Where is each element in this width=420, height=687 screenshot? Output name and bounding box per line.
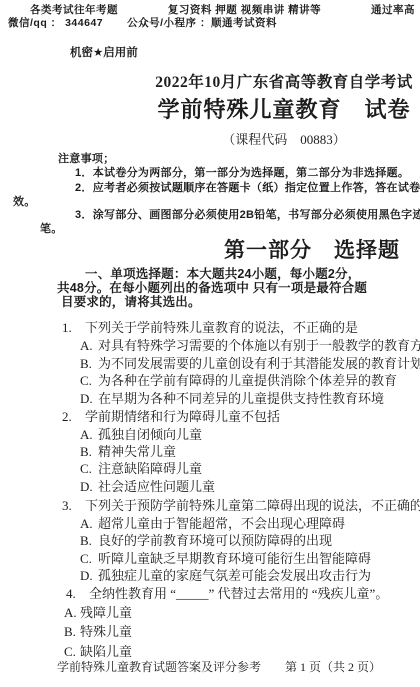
question-text: 学前期情绪和行为障碍儿童不包括 — [85, 409, 280, 424]
notice-item-3-line2: 笔。 — [40, 220, 63, 236]
option-label: D. — [80, 568, 98, 584]
question-3-option-b: B.良好的学前教育环境可以预防障碍的出现 — [80, 530, 332, 549]
option-text: 为不同发展需要的儿童创设有利于其潜能发展的教育计划 — [98, 356, 420, 371]
question-text: 下列关于预防学前特殊儿童第二障碍出现的说法，不正确的是 — [85, 498, 420, 513]
option-text: 残障儿童 — [80, 605, 132, 620]
course-code: （课程代码 00883） — [150, 129, 418, 148]
notice-item-2-line2: 效。 — [13, 193, 36, 209]
option-label: B. — [64, 624, 80, 640]
question-number: 1. — [62, 320, 85, 336]
question-3-option-d: D.孤独症儿童的家庭气氛差可能会发展出攻击行为 — [80, 565, 371, 584]
question-1-stem: 1.下列关于学前特殊儿童教育的说法，不正确的是 — [62, 317, 358, 336]
question-4-option-a: A.残障儿童 — [64, 602, 132, 621]
option-label: A. — [80, 338, 98, 354]
question-2-option-d: D.社会适应性问题儿童 — [80, 476, 215, 495]
question-1-option-d: D.在早期为各种不同差异的儿童提供支持性教育环境 — [80, 388, 384, 407]
question-3-stem: 3.下列关于预防学前特殊儿童第二障碍出现的说法，不正确的是 — [62, 495, 420, 514]
option-text: 孤独自闭倾向儿童 — [98, 427, 202, 442]
question-number: 2. — [62, 409, 85, 425]
page-footer: 学前特殊儿童教育试题答案及评分参考 第 1 页（共 2 页） — [57, 658, 381, 675]
option-label: B. — [80, 533, 98, 549]
promo-banner-segment: 通过率高 — [371, 2, 415, 17]
question-text: 全纳性教育用 “_____” 代替过去常用的 “残疾儿童”。 — [89, 586, 388, 601]
promo-contact-wechat: 微信/qq ： 344647 — [8, 15, 103, 30]
notice-item-2-line1: 2．应考者必须按试题顺序在答题卡（纸）指定位置上作答，答在试卷上无 — [75, 179, 420, 195]
question-2-stem: 2.学前期情绪和行为障碍儿童不包括 — [62, 406, 280, 425]
question-number: 4. — [66, 586, 89, 602]
option-label: A. — [64, 605, 80, 621]
notice-item-1: 1．本试卷分为两部分，第一部分为选择题，第二部分为非选择题。 — [75, 164, 409, 180]
exam-paper-page: 各类考试往年考题 复习资料 押题 视频串讲 精讲等 通过率高 微信/qq ： 3… — [0, 0, 420, 687]
promo-contact-account: 公众号/小程序 ：顺通考试资料 — [127, 15, 277, 30]
option-label: D. — [80, 479, 98, 495]
promo-banner-line2: 微信/qq ： 344647 公众号/小程序 ：顺通考试资料 — [8, 15, 277, 30]
option-label: C. — [80, 461, 98, 477]
option-text: 听障儿童缺乏早期教育环境可能衍生出智能障碍 — [98, 551, 371, 566]
option-text: 超常儿童由于智能超常，不会出现心理障碍 — [98, 516, 345, 531]
option-text: 良好的学前教育环境可以预防障碍的出现 — [98, 533, 332, 548]
confidential-label: 机密★启用前 — [70, 44, 138, 60]
part1-instruction-line3: 目要求的，请将其选出。 — [61, 292, 201, 310]
part1-heading: 第一部分 选择题 — [224, 234, 400, 264]
question-4-option-b: B.特殊儿童 — [64, 621, 132, 640]
option-text: 对具有特殊学习需要的个体施以有别于一般教学的教育方式 — [98, 338, 420, 353]
question-text: 下列关于学前特殊儿童教育的说法，不正确的是 — [85, 320, 358, 335]
option-label: C. — [80, 373, 98, 389]
option-text: 在早期为各种不同差异的儿童提供支持性教育环境 — [98, 391, 384, 406]
option-text: 社会适应性问题儿童 — [98, 479, 215, 494]
option-text: 注意缺陷障碍儿童 — [98, 461, 202, 476]
question-2-option-c: C.注意缺陷障碍儿童 — [80, 458, 202, 477]
paper-title: 学前特殊儿童教育 试卷 — [148, 93, 420, 124]
exam-session-title: 2022年10月广东省高等教育自学考试 — [150, 70, 418, 92]
question-1-option-a: A.对具有特殊学习需要的个体施以有别于一般教学的教育方式 — [80, 335, 420, 354]
option-label: D. — [80, 391, 98, 407]
question-number: 3. — [62, 498, 85, 514]
question-4-stem: 4.全纳性教育用 “_____” 代替过去常用的 “残疾儿童”。 — [66, 583, 388, 602]
option-text: 精神失常儿童 — [98, 444, 176, 459]
notice-item-3-line1: 3．涂写部分、画图部分必须使用2B铅笔，书写部分必须使用黑色字迹签字 — [75, 206, 420, 222]
option-text: 缺陷儿童 — [80, 644, 132, 659]
option-text: 为各种在学前有障碍的儿童提供消除个体差异的教育 — [98, 373, 397, 388]
option-text: 特殊儿童 — [80, 624, 132, 639]
question-1-option-c: C.为各种在学前有障碍的儿童提供消除个体差异的教育 — [80, 370, 397, 389]
option-text: 孤独症儿童的家庭气氛差可能会发展出攻击行为 — [98, 568, 371, 583]
